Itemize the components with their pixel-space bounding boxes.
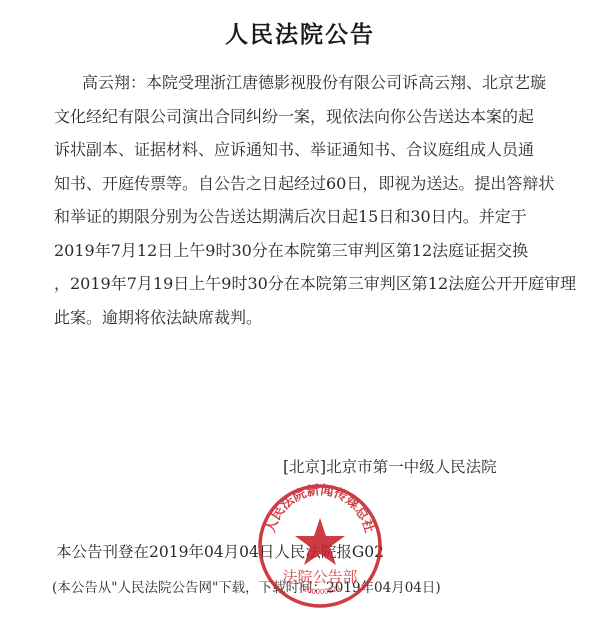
body-line: 和举证的期限分别为公告送达期满后次日起15日和30日内。并定于 xyxy=(54,200,554,234)
page-title: 人民法院公告 xyxy=(0,16,600,49)
body-line: 诉状副本、证据材料、应诉通知书、举证通知书、合议庭组成人员通 xyxy=(54,133,554,167)
body-line: 文化经纪有限公司演出合同纠纷一案，现依法向你公告送达本案的起 xyxy=(54,100,554,134)
seal-inner-text: 法院公告部 xyxy=(282,568,357,586)
court-signature: [北京]北京市第一中级人民法院 xyxy=(283,455,497,477)
notice-body: 高云翔：本院受理浙江唐德影视股份有限公司诉高云翔、北京艺璇 文化经纪有限公司演出… xyxy=(54,66,554,334)
official-seal-icon: 人民法院新闻传媒总社 法院公告部 1100000221 xyxy=(256,482,384,610)
body-line: 高云翔：本院受理浙江唐德影视股份有限公司诉高云翔、北京艺璇 xyxy=(54,66,554,100)
body-line: 知书、开庭传票等。自公告之日起经过60日，即视为送达。提出答辩状 xyxy=(54,167,554,201)
body-line: 2019年7月12日上午9时30分在本院第三审判区第12法庭证据交换 xyxy=(54,234,554,268)
body-line: ，2019年7月19日上午9时30分在本院第三审判区第12法庭公开开庭审理 xyxy=(54,267,554,301)
body-line: 此案。逾期将依法缺席裁判。 xyxy=(54,301,554,335)
